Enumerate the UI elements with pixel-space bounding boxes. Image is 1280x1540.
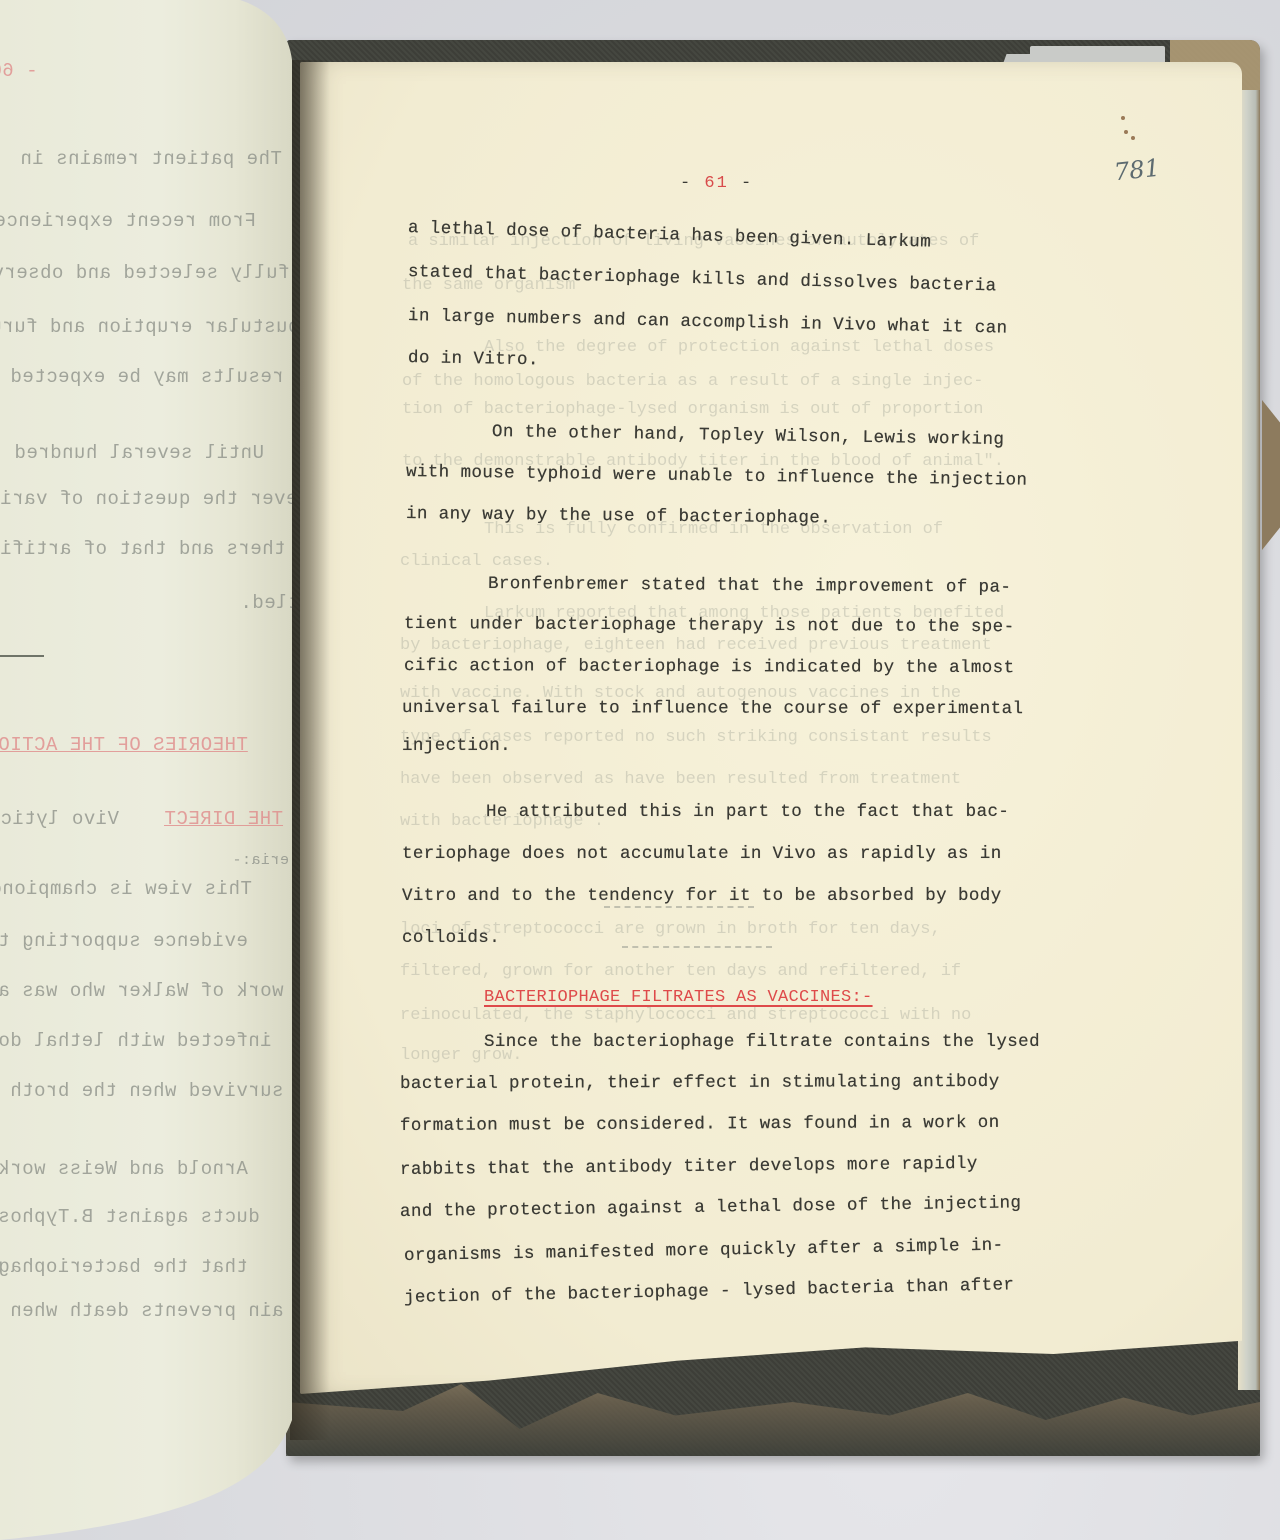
text-line: bacterial protein, their effect in stimu… [400, 1072, 1000, 1094]
page-number-dash: - [741, 174, 753, 193]
text-line: Bronfenbremer stated that the improvemen… [488, 574, 1011, 598]
pinhole [1124, 130, 1128, 134]
mirrored-text-line: Vivo lytic [0, 808, 119, 830]
mirrored-text-line: This view is champione [0, 878, 252, 900]
left-page: - 60 The patient remains in From recent … [0, 0, 292, 1540]
text-line: tient under bacteriophage therapy is not… [404, 614, 1015, 637]
ghost-divider [622, 946, 772, 948]
text-line: universal failure to influence the cours… [402, 698, 1023, 719]
mirrored-text-line: Arnold and Weiss worki [0, 1158, 248, 1180]
pinhole [1121, 116, 1125, 120]
text-line: formation must be considered. It was fou… [400, 1113, 1000, 1136]
mirrored-text-line: results may be expected [10, 366, 284, 388]
mirrored-text-line: eria:- [232, 852, 289, 869]
mirrored-text-line: ever the question of varia [0, 488, 297, 510]
mirrored-text-line: ain prevents death when i [0, 1300, 284, 1322]
handwritten-folio-number: 781 [1113, 154, 1161, 187]
ghost-line: reinoculated, the staphylococci and stre… [400, 1006, 971, 1025]
ghost-line: of the homologous bacteria as a result o… [402, 372, 984, 391]
pinhole [1131, 136, 1135, 140]
mirrored-text-line: infected with lethal dos [0, 1030, 272, 1052]
mirrored-text-line: survived when the broth a [0, 1080, 284, 1102]
ghost-line: by bacteriophage, eighteen had received … [400, 636, 992, 655]
text-line: colloids. [402, 928, 500, 948]
mirrored-text-line: that the bacteriophage [0, 1256, 248, 1278]
torn-paper-tab [1262, 400, 1280, 550]
ghost-line: Also the degree of protection against le… [484, 338, 994, 357]
ghost-line: clinical cases. [400, 552, 553, 571]
mirrored-text-line: pustular eruption and furu [0, 316, 299, 338]
mirrored-text-line: The patient remains in [20, 148, 282, 170]
text-line: teriophage does not accumulate in Vivo a… [402, 844, 1002, 864]
text-line: injection. [402, 736, 511, 756]
mirrored-text-line: work of Walker who was ab [0, 980, 284, 1002]
ghost-line: filtered, grown for another ten days and… [400, 962, 961, 981]
section-heading: BACTERIOPHAGE FILTRATES AS VACCINES:- [484, 988, 873, 1007]
mirrored-red-heading: THEORIES OF THE ACTION [0, 734, 248, 756]
text-line: Since the bacteriophage filtrate contain… [484, 1032, 1040, 1052]
ghost-divider [604, 906, 754, 908]
ghost-line: tion of bacteriophage-lysed organism is … [402, 400, 984, 419]
page-number: - 61 - [680, 174, 753, 193]
page-number-value: 61 [704, 174, 728, 193]
mirrored-text-line: thers and that of artific [0, 538, 286, 560]
mirrored-text-line: Until several hundred [14, 442, 264, 464]
text-line: do in Vitro. [408, 348, 539, 370]
mirrored-red-heading: THE DIRECT [164, 808, 283, 830]
text-line: Vitro and to the tendency for it to be a… [402, 886, 1002, 906]
mirrored-text-line: ducts against B.Typhosu [0, 1206, 260, 1228]
ghost-line: have been observed as have been resulted… [400, 770, 961, 789]
mirrored-text-line: From recent experience [0, 210, 256, 232]
mirrored-page-number: - 60 [0, 60, 38, 82]
text-line: cific action of bacteriophage is indicat… [404, 656, 1015, 678]
page-number-dash: - [680, 174, 692, 193]
mirrored-rule [0, 655, 44, 657]
text-line: He attributed this in part to the fact t… [486, 802, 1009, 822]
mirrored-text-line: evidence supporting th [0, 930, 248, 952]
mirrored-text-line: fully selected and observ [0, 262, 290, 284]
